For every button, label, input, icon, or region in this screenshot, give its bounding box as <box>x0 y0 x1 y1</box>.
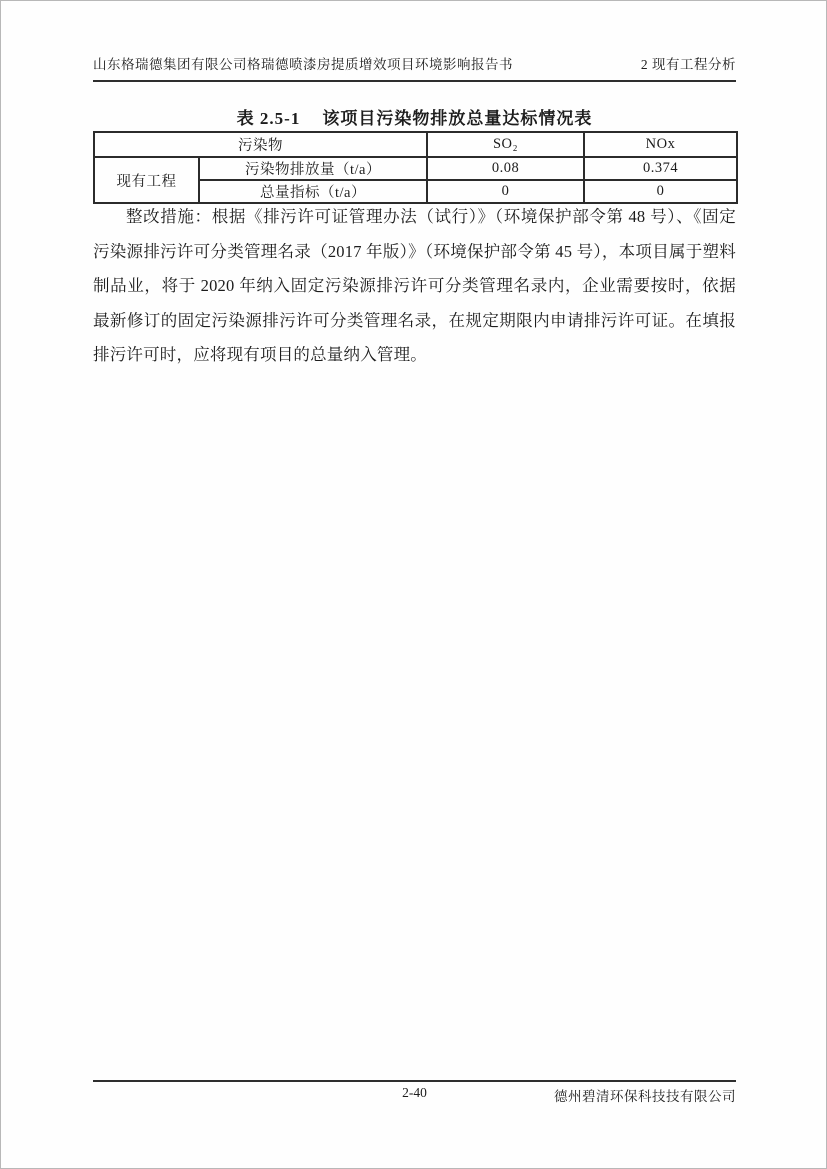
emissions-table: 污染物 SO₂ NOx 现有工程 污染物排放量（t/a） 0.08 0.374 … <box>93 131 738 204</box>
document-page: 山东格瑞德集团有限公司格瑞德喷漆房提质增效项目环境影响报告书 2 现有工程分析 … <box>0 0 827 1169</box>
header-cell-pollutant: 污染物 <box>94 132 427 157</box>
header-cell-nox: NOx <box>584 132 737 157</box>
header-section-label: 2 现有工程分析 <box>641 53 736 73</box>
page-header: 山东格瑞德集团有限公司格瑞德喷漆房提质增效项目环境影响报告书 2 现有工程分析 <box>93 53 736 82</box>
table-header-row: 污染物 SO₂ NOx <box>94 132 737 157</box>
header-cell-so2: SO₂ <box>427 132 584 157</box>
value-cell-so2: 0.08 <box>427 157 584 180</box>
rectification-paragraph: 整改措施：根据《排污许可证管理办法（试行）》（环境保护部令第 48 号）、《固定… <box>93 200 736 373</box>
row-group-cell: 现有工程 <box>94 157 199 203</box>
body-text: 整改措施：根据《排污许可证管理办法（试行）》（环境保护部令第 48 号）、《固定… <box>93 200 736 373</box>
header-report-title: 山东格瑞德集团有限公司格瑞德喷漆房提质增效项目环境影响报告书 <box>93 53 513 73</box>
table-caption-title: 该项目污染物排放总量达标情况表 <box>322 109 592 128</box>
table-caption-number: 表 2.5-1 <box>237 109 301 128</box>
row-label-cell: 污染物排放量（t/a） <box>199 157 427 180</box>
page-footer: 2-40 德州碧清环保科技技有限公司 <box>93 1080 736 1104</box>
footer-company-name: 德州碧清环保科技技有限公司 <box>554 1085 736 1105</box>
value-cell-nox: 0.374 <box>584 157 737 180</box>
table-caption: 表 2.5-1该项目污染物排放总量达标情况表 <box>93 104 736 129</box>
emissions-table-wrap: 污染物 SO₂ NOx 现有工程 污染物排放量（t/a） 0.08 0.374 … <box>93 131 736 204</box>
table-row: 现有工程 污染物排放量（t/a） 0.08 0.374 <box>94 157 737 180</box>
